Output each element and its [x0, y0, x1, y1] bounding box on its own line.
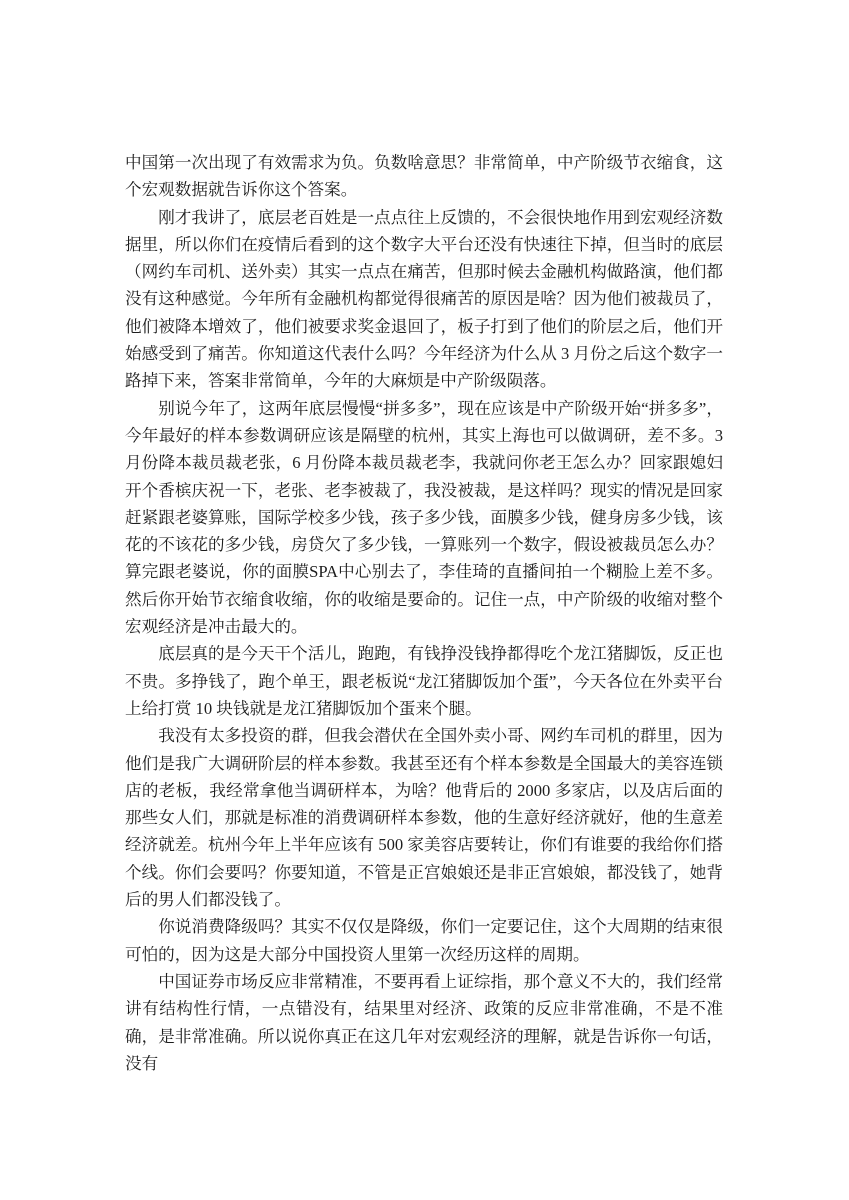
paragraph: 刚才我讲了，底层老百姓是一点点往上反馈的，不会很快地作用到宏观经济数据里，所以你… — [125, 204, 723, 395]
document-text-block: 中国第一次出现了有效需求为负。负数啥意思？非常简单，中产阶级节衣缩食，这个宏观数… — [125, 149, 723, 1077]
document-page: 中国第一次出现了有效需求为负。负数啥意思？非常简单，中产阶级节衣缩食，这个宏观数… — [0, 0, 849, 1200]
paragraph: 我没有太多投资的群，但我会潜伏在全国外卖小哥、网约车司机的群里，因为他们是我广大… — [125, 722, 723, 913]
paragraph: 你说消费降级吗？其实不仅仅是降级，你们一定要记住，这个大周期的结束很可怕的，因为… — [125, 913, 723, 968]
paragraph: 别说今年了，这两年底层慢慢“拼多多”，现在应该是中产阶级开始“拼多多”，今年最好… — [125, 395, 723, 641]
paragraph: 底层真的是今天干个活儿，跑跑，有钱挣没钱挣都得吃个龙江猪脚饭，反正也不贵。多挣钱… — [125, 640, 723, 722]
paragraph: 中国第一次出现了有效需求为负。负数啥意思？非常简单，中产阶级节衣缩食，这个宏观数… — [125, 149, 723, 204]
paragraph: 中国证券市场反应非常精准，不要再看上证综指，那个意义不大的，我们经常讲有结构性行… — [125, 968, 723, 1077]
